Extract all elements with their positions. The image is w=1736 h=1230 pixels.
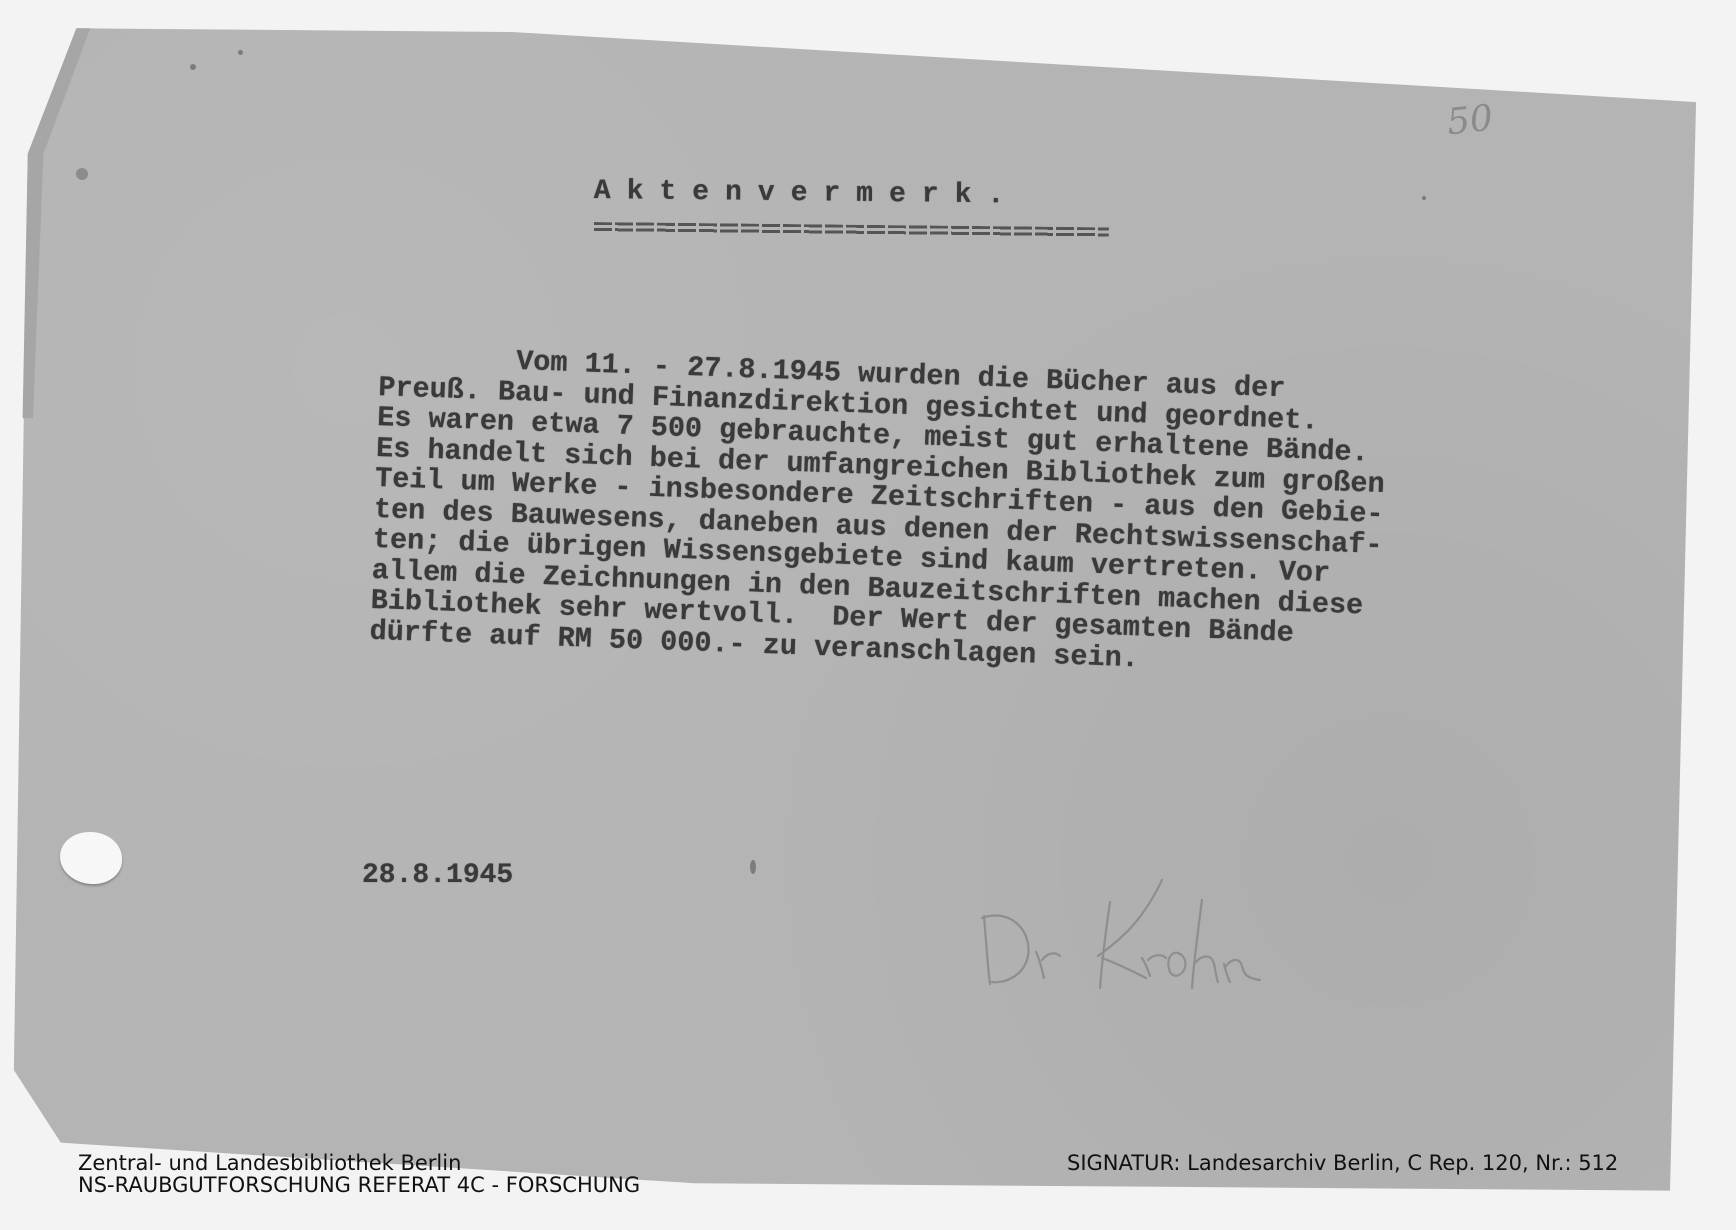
stain-spot [750,860,756,874]
scanned-document: 50 Aktenvermerk. Vom 11. - 27.8.1945 wur… [0,0,1736,1230]
stain-spot [190,64,196,70]
memo-body: Vom 11. - 27.8.1945 wurden die Bücher au… [369,342,1639,692]
archive-stamp-left: Zentral- und Landesbibliothek Berlin NS-… [78,1152,640,1196]
punch-hole [60,832,122,884]
page-number: 50 [1445,98,1495,144]
memo-date: 28.8.1945 [362,860,513,891]
stain-spot [1422,196,1426,200]
department-name: NS-RAUBGUTFORSCHUNG REFERAT 4C - FORSCHU… [78,1174,640,1196]
handwritten-signature [970,860,1390,1000]
stain-spot [76,168,88,180]
document-title: Aktenvermerk. [594,176,1021,211]
stain-spot [238,50,243,55]
institution-name: Zentral- und Landesbibliothek Berlin [78,1152,640,1174]
archive-signatur: SIGNATUR: Landesarchiv Berlin, C Rep. 12… [1067,1152,1618,1174]
